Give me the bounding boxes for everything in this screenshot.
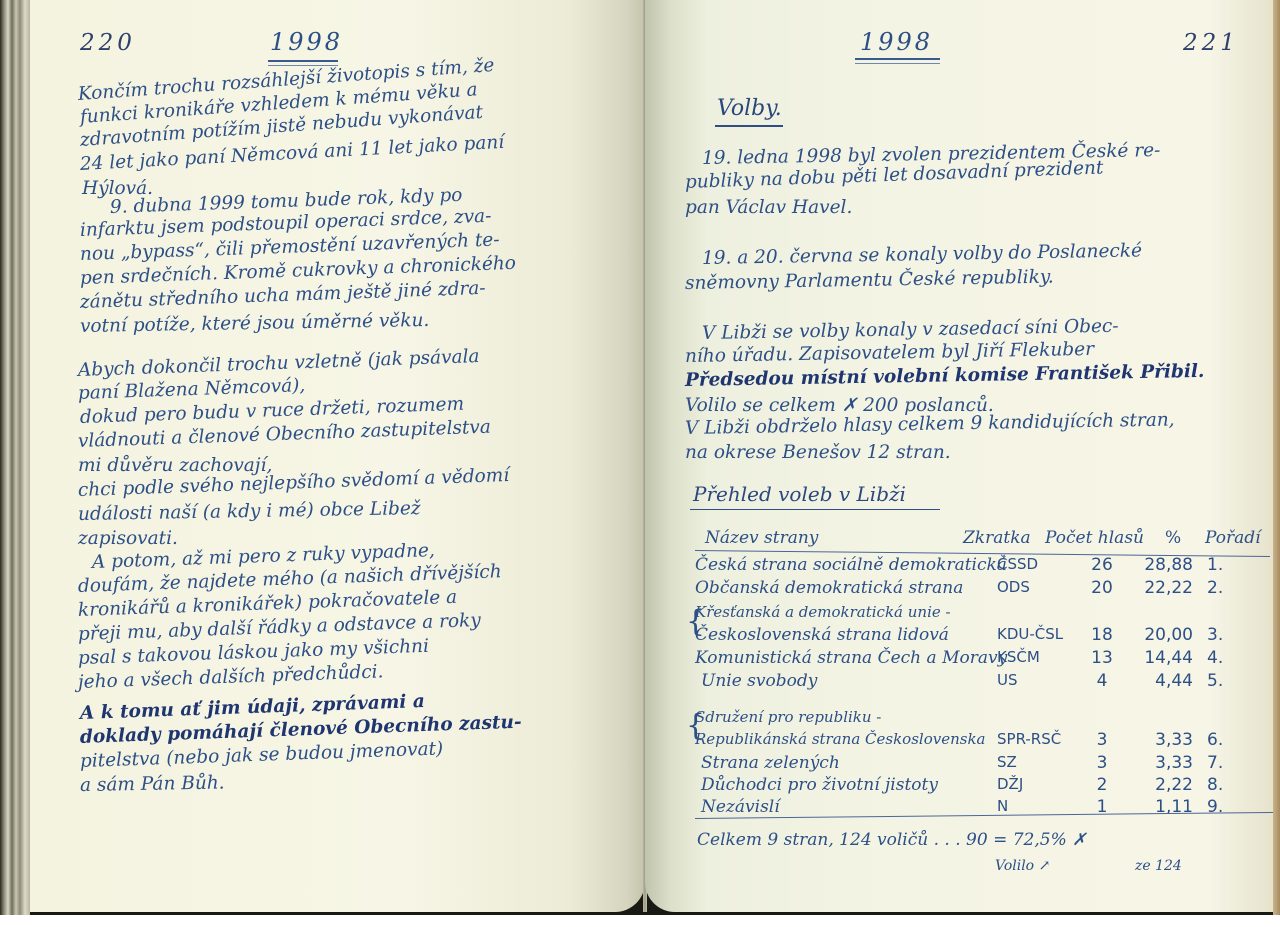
- party-abbr: SPR-RSČ: [997, 730, 1061, 748]
- table-row: Československá strana lidová KDU-ČSL 18 …: [695, 625, 1265, 647]
- party-name: Česká strana sociálně demokratická: [695, 555, 1007, 575]
- note-of-total: ze 124: [1135, 858, 1182, 874]
- party-votes: 3: [1087, 730, 1117, 750]
- party-percent: 2,22: [1133, 775, 1193, 795]
- text-line: 19. a 20. června se konaly volby do Posl…: [702, 240, 1142, 270]
- column-header: Počet hlasů: [1045, 528, 1144, 548]
- party-percent: 3,33: [1133, 730, 1193, 750]
- party-rank: 3.: [1207, 625, 1223, 645]
- party-percent: 3,33: [1133, 753, 1193, 773]
- party-abbr: DŽJ: [997, 775, 1023, 793]
- text-line: na okrese Benešov 12 stran.: [685, 442, 951, 464]
- party-name: Důchodci pro životní jistoty: [701, 775, 938, 795]
- column-header: %: [1165, 528, 1181, 548]
- party-abbr: SZ: [997, 753, 1017, 771]
- party-abbr: ODS: [997, 578, 1030, 596]
- table-row-continued: Křesťanská a demokratická unie -: [695, 603, 1265, 625]
- text-line: votní potíže, které jsou úměrné věku.: [80, 310, 430, 338]
- table-row: Důchodci pro životní jistoty DŽJ 2 2,22 …: [695, 775, 1265, 797]
- text-line: a sám Pán Bůh.: [80, 772, 225, 797]
- party-votes: 18: [1087, 625, 1117, 645]
- party-rank: 4.: [1207, 648, 1223, 668]
- party-abbr: N: [997, 797, 1008, 815]
- column-header: Název strany: [705, 528, 818, 548]
- party-rank: 9.: [1207, 797, 1223, 817]
- party-name-cont: Československá strana lidová: [695, 625, 949, 645]
- party-votes: 2: [1087, 775, 1117, 795]
- party-abbr: KSČM: [997, 648, 1040, 666]
- table-total: Celkem 9 stran, 124 voličů . . . 90 = 72…: [695, 830, 1280, 852]
- table-title-underline: [690, 509, 940, 510]
- party-rank: 6.: [1207, 730, 1223, 750]
- text-line: události naší (a kdy i mé) obce Libež: [78, 498, 421, 526]
- table-row: Česká strana sociálně demokratická ČSSD …: [695, 555, 1265, 577]
- total-text: Celkem 9 stran, 124 voličů . . . 90 = 72…: [697, 830, 1086, 850]
- book-edge-left: [0, 0, 30, 915]
- party-name: Nezávislí: [701, 797, 780, 817]
- party-name: Křesťanská a demokratická unie -: [695, 603, 951, 621]
- party-name: Komunistická strana Čech a Moravy: [695, 648, 1007, 668]
- party-rank: 5.: [1207, 671, 1223, 691]
- party-percent: 20,00: [1133, 625, 1193, 645]
- party-votes: 3: [1087, 753, 1117, 773]
- party-percent: 14,44: [1133, 648, 1193, 668]
- text-line: pan Václav Havel.: [685, 197, 852, 219]
- open-book: 220 1998 Končím trochu rozsáhlejší život…: [0, 0, 1280, 915]
- text-line: zapisovati.: [78, 528, 178, 550]
- party-name: Občanská demokratická strana: [695, 578, 963, 598]
- year-underline: [855, 58, 940, 64]
- party-rank: 8.: [1207, 775, 1223, 795]
- table-header: Název strany Zkratka Počet hlasů % Pořad…: [695, 528, 1265, 550]
- table-row: Unie svobody US 4 4,44 5.: [695, 671, 1265, 693]
- party-name: Sdružení pro republiku -: [695, 708, 881, 726]
- left-page: 220 1998 Končím trochu rozsáhlejší život…: [30, 0, 645, 912]
- table-row: Komunistická strana Čech a Moravy KSČM 1…: [695, 648, 1265, 670]
- column-header: Zkratka: [963, 528, 1031, 548]
- party-percent: 22,22: [1133, 578, 1193, 598]
- column-header: Pořadí: [1205, 528, 1261, 548]
- party-name: Strana zelených: [701, 753, 840, 773]
- page-year: 1998: [860, 28, 933, 56]
- party-votes: 4: [1087, 671, 1117, 691]
- party-rank: 2.: [1207, 578, 1223, 598]
- text-line: sněmovny Parlamentu České republiky.: [685, 267, 1054, 295]
- party-percent: 4,44: [1133, 671, 1193, 691]
- section-title: Volby.: [717, 96, 782, 121]
- party-abbr: ČSSD: [997, 555, 1038, 573]
- page-number: 220: [80, 30, 136, 56]
- party-abbr: KDU-ČSL: [997, 625, 1063, 643]
- party-rank: 7.: [1207, 753, 1223, 773]
- section-title-underline: [715, 125, 783, 127]
- party-name-cont: Republikánská strana Československa: [695, 730, 985, 748]
- page-year: 1998: [270, 28, 343, 56]
- party-votes: 26: [1087, 555, 1117, 575]
- party-votes: 13: [1087, 648, 1117, 668]
- party-abbr: US: [997, 671, 1018, 689]
- year-underline: [268, 60, 338, 66]
- table-row: Občanská demokratická strana ODS 20 22,2…: [695, 578, 1265, 600]
- right-page: 1998 221 Volby. 19. ledna 1998 byl zvole…: [645, 0, 1273, 912]
- party-percent: 28,88: [1133, 555, 1193, 575]
- table-title: Přehled voleb v Libži: [693, 482, 906, 506]
- party-votes: 20: [1087, 578, 1117, 598]
- table-row: Republikánská strana Československa SPR-…: [695, 730, 1265, 752]
- party-rank: 1.: [1207, 555, 1223, 575]
- book-edge-right: [1273, 0, 1280, 915]
- table-row: Strana zelených SZ 3 3,33 7.: [695, 753, 1265, 775]
- page-number: 221: [1183, 30, 1239, 56]
- note-voted: Volilo ↗: [995, 858, 1050, 874]
- party-name: Unie svobody: [701, 671, 817, 691]
- table-row-continued: Sdružení pro republiku -: [695, 708, 1265, 730]
